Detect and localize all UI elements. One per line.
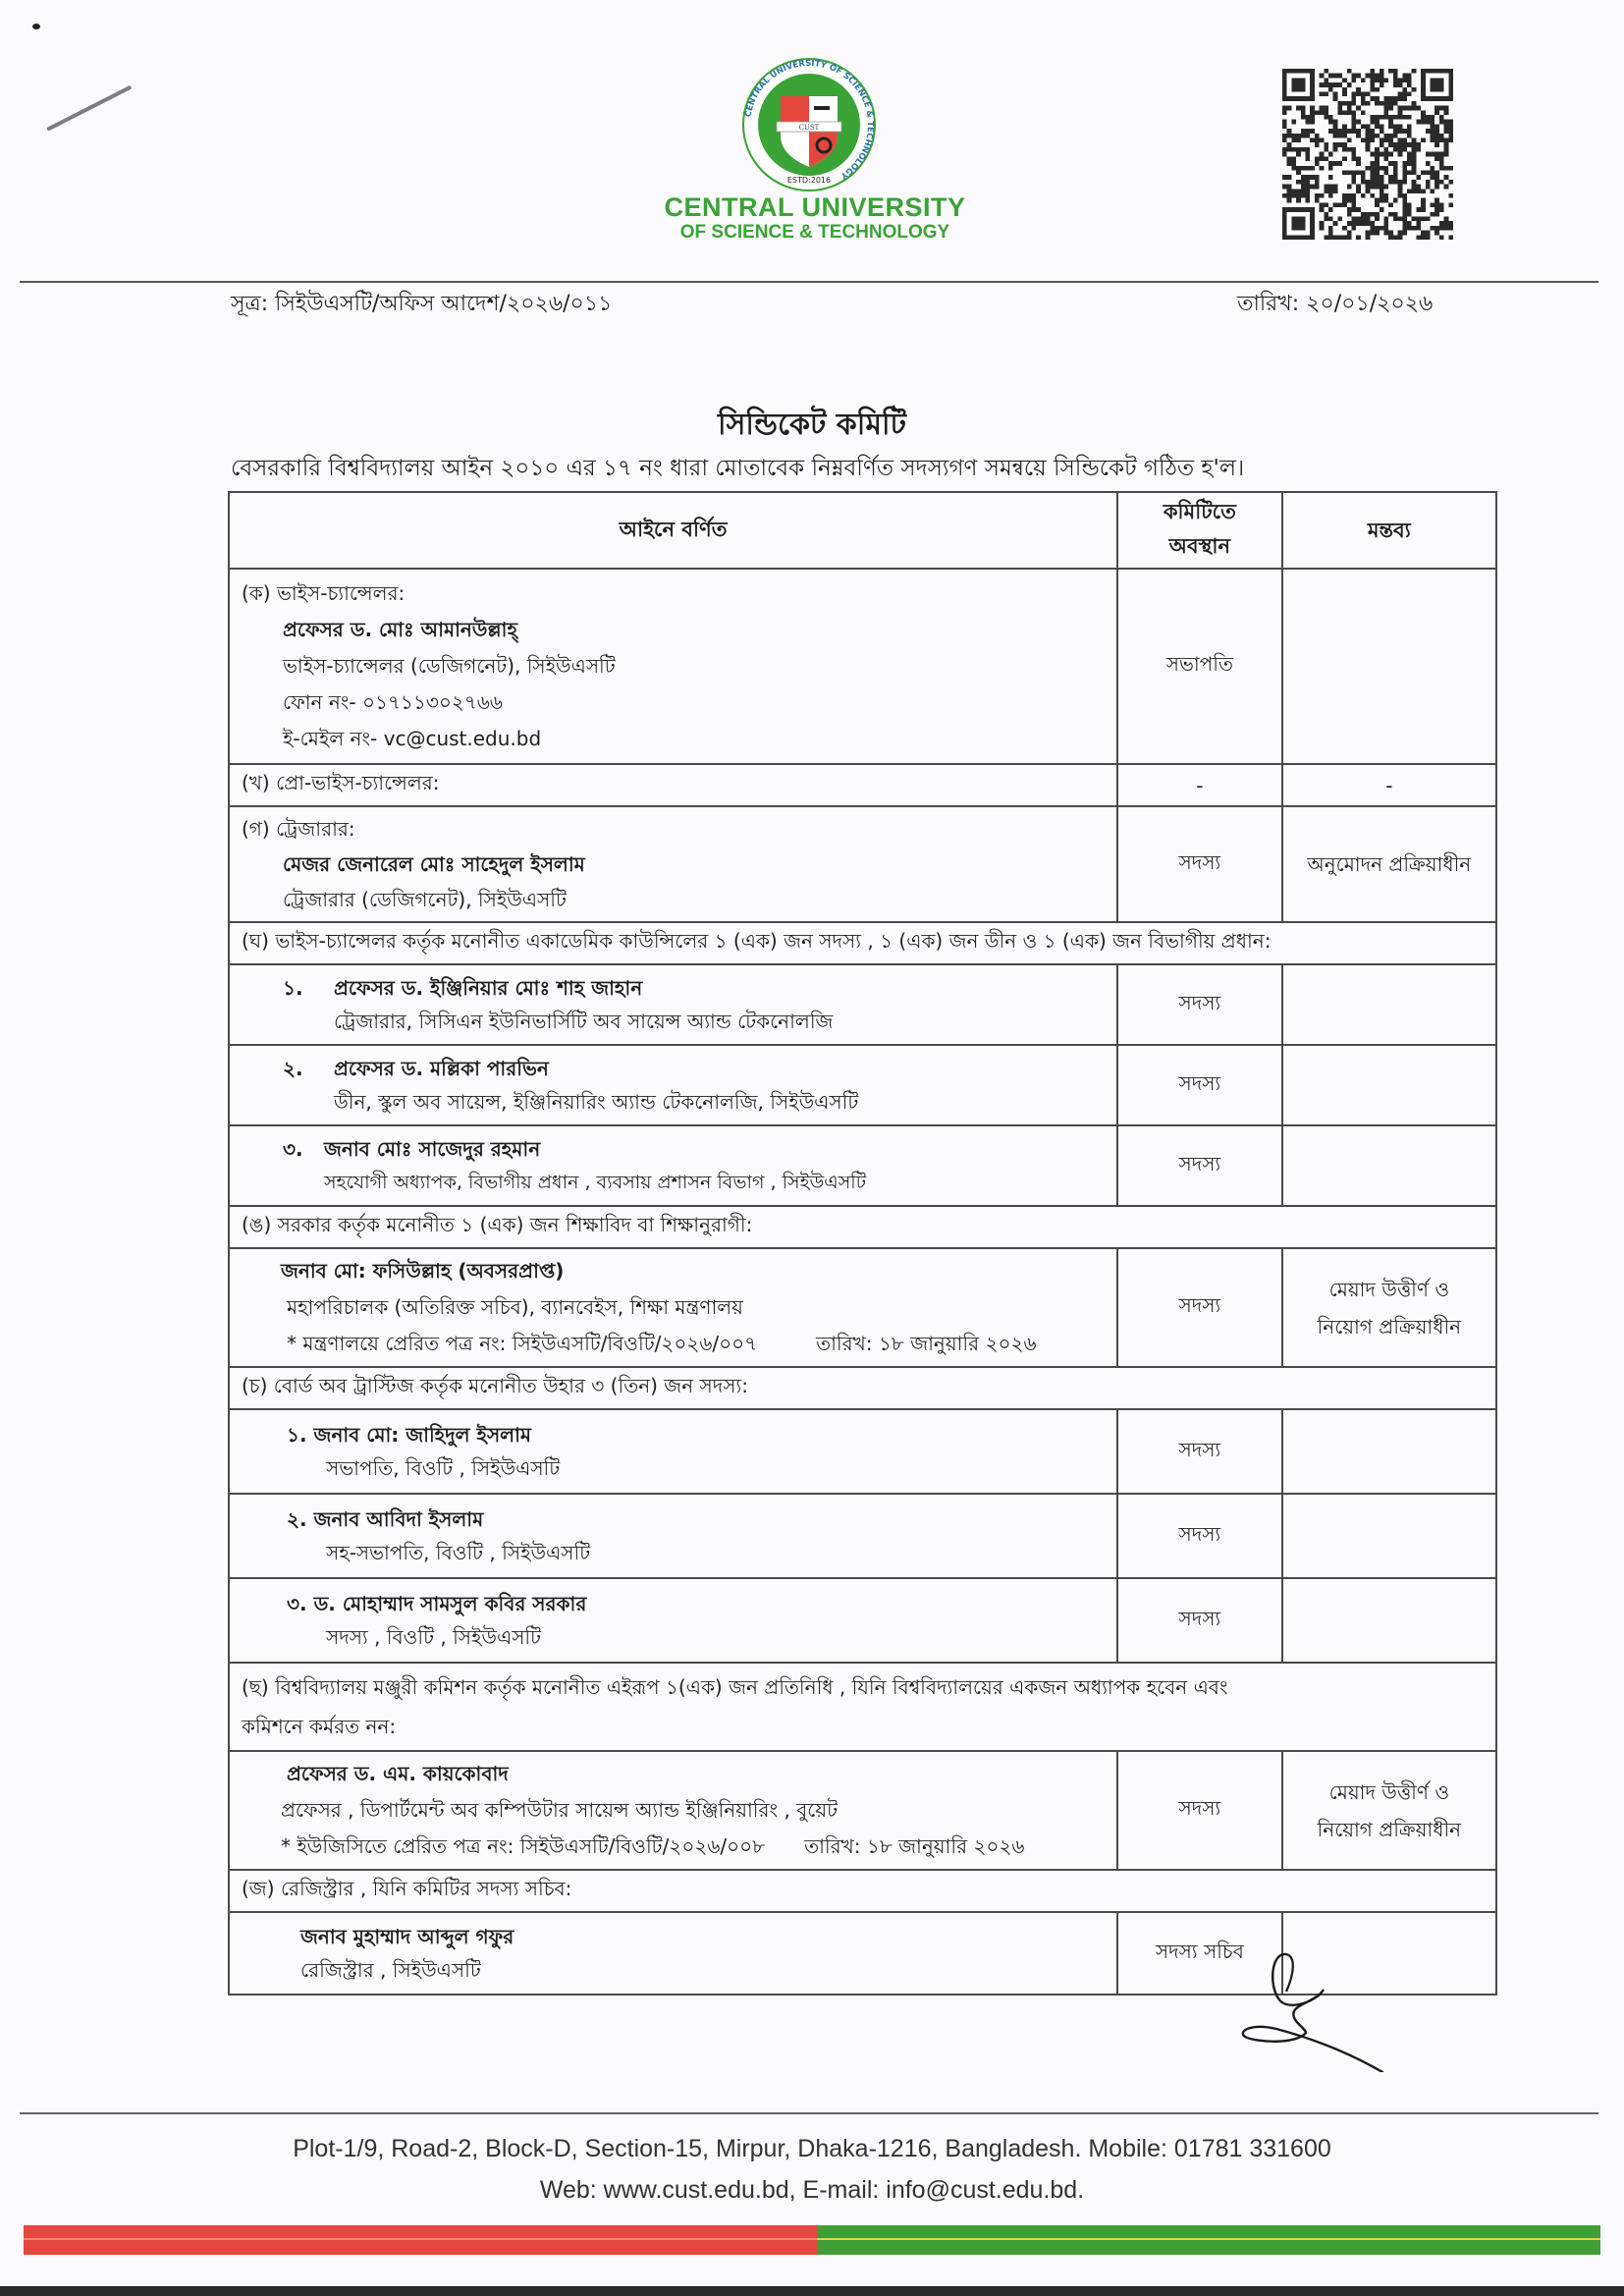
position-cell: সদস্য [1117, 1045, 1282, 1125]
table-row: ৩.জনাব মোঃ সাজেদুর রহমান সহযোগী অধ্যাপক,… [229, 1125, 1496, 1206]
position-cell: সদস্য [1117, 1248, 1282, 1367]
footer-band-green [817, 2225, 1600, 2255]
member-cell: (ক) ভাইস-চ্যান্সেলর: প্রফেসর ড. মোঃ আমান… [229, 569, 1117, 764]
header-divider [20, 281, 1598, 283]
position-cell: সদস্য [1117, 1578, 1282, 1663]
section-header-row: (ঘ) ভাইস-চ্যান্সেলর কর্তৃক মনোনীত একাডেম… [229, 922, 1496, 964]
staple-mark [46, 85, 132, 132]
letter-reference: * ইউজিসিতে প্রেরিত পত্র নং: সিইউএসটি/বিও… [281, 1829, 1105, 1865]
remarks-cell: মেয়াদ উত্তীর্ণ ও নিয়োগ প্রক্রিয়াধীন [1282, 1751, 1496, 1870]
university-name: CENTRAL UNIVERSITY OF SCIENCE & TECHNOLO… [550, 192, 1080, 244]
scan-speck [32, 24, 40, 29]
member-cell: ৩.জনাব মোঃ সাজেদুর রহমান সহযোগী অধ্যাপক,… [229, 1125, 1117, 1206]
footer-band-red [24, 2225, 817, 2255]
section-label: (ঘ) ভাইস-চ্যান্সেলর কর্তৃক মনোনীত একাডেম… [229, 922, 1496, 964]
header-remarks: মন্তব্য [1282, 492, 1496, 569]
table-header-row: আইনে বর্ণিত কমিটিতে অবস্থান মন্তব্য [229, 492, 1496, 569]
member-cell: জনাব মো: ফসিউল্লাহ (অবসরপ্রাপ্ত) মহাপরিচ… [229, 1248, 1117, 1367]
svg-text:CUST: CUST [799, 124, 820, 132]
committee-table: আইনে বর্ণিত কমিটিতে অবস্থান মন্তব্য (ক) … [228, 491, 1497, 1995]
member-name: প্রফেসর ড. ইঞ্জিনিয়ার মোঃ শাহ জাহান [334, 976, 642, 1000]
member-name: জনাব মো: জাহিদুল ইসলাম [314, 1423, 531, 1447]
member-name: জনাব মোঃ সাজেদুর রহমান [324, 1137, 540, 1161]
qr-code [1282, 69, 1453, 240]
position-cell: সদস্য [1117, 964, 1282, 1045]
member-name: জনাব মুহাম্মাদ আব্দুল গফুর [300, 1920, 1105, 1953]
remarks-cell [1282, 964, 1496, 1045]
member-name: মেজর জেনারেল মোঃ সাহেদুল ইসলাম [242, 847, 1105, 882]
member-name: ড. মোহাম্মাদ সামসুল কবির সরকার [314, 1592, 587, 1615]
intro-text: বেসরকারি বিশ্ববিদ্যালয় আইন ২০১০ এর ১৭ ন… [231, 450, 1244, 488]
member-cell: ২.প্রফেসর ড. মল্লিকা পারভিন ডীন, স্কুল অ… [229, 1045, 1117, 1125]
position-cell: সদস্য [1117, 1494, 1282, 1578]
position-cell: সদস্য [1117, 1125, 1282, 1206]
letter-reference: * মন্ত্রণালয়ে প্রেরিত পত্র নং: সিইউএসটি… [281, 1326, 1105, 1362]
section-header-row: (ছ) বিশ্ববিদ্যালয় মঞ্জুরী কমিশন কর্তৃক … [229, 1663, 1496, 1751]
table-row: (খ) প্রো-ভাইস-চ্যান্সেলর: - - [229, 764, 1496, 806]
remarks-cell [1282, 1125, 1496, 1206]
member-cell: জনাব মুহাম্মাদ আব্দুল গফুর রেজিস্ট্রার ,… [229, 1912, 1117, 1995]
table-row: ২.প্রফেসর ড. মল্লিকা পারভিন ডীন, স্কুল অ… [229, 1045, 1496, 1125]
member-cell: (গ) ট্রেজারার: মেজর জেনারেল মোঃ সাহেদুল … [229, 806, 1117, 922]
member-name: জনাব আবিদা ইসলাম [314, 1507, 484, 1531]
member-name: জনাব মো: ফসিউল্লাহ (অবসরপ্রাপ্ত) [281, 1253, 1105, 1289]
university-name-line2: OF SCIENCE & TECHNOLOGY [550, 222, 1080, 244]
table-row: ৩. ড. মোহাম্মাদ সামসুল কবির সরকার সদস্য … [229, 1578, 1496, 1663]
position-cell: সভাপতি [1117, 569, 1282, 764]
section-header-row: (ঙ) সরকার কর্তৃক মনোনীত ১ (এক) জন শিক্ষা… [229, 1206, 1496, 1248]
memo-reference: সূত্র: সিইউএসটি/অফিস আদেশ/২০২৬/০১১ [231, 287, 612, 323]
position-cell: সদস্য [1117, 806, 1282, 922]
remarks-cell [1282, 1409, 1496, 1494]
member-name: প্রফেসর ড. এম. কায়কোবাদ [281, 1756, 1105, 1792]
header-described: আইনে বর্ণিত [229, 492, 1117, 569]
scan-edge [0, 2286, 1624, 2296]
member-name: প্রফেসর ড. মল্লিকা পারভিন [334, 1057, 549, 1080]
header-position: কমিটিতে অবস্থান [1117, 492, 1282, 569]
member-cell: ২. জনাব আবিদা ইসলাম সহ-সভাপতি, বিওটি , স… [229, 1494, 1117, 1578]
remarks-cell [1282, 1494, 1496, 1578]
table-row: ২. জনাব আবিদা ইসলাম সহ-সভাপতি, বিওটি , স… [229, 1494, 1496, 1578]
position-cell: সদস্য [1117, 1751, 1282, 1870]
section-label: (চ) বোর্ড অব ট্রাস্টিজ কর্তৃক মনোনীত উহা… [229, 1367, 1496, 1409]
remarks-cell: - [1282, 764, 1496, 806]
member-cell: ১. জনাব মো: জাহিদুল ইসলাম সভাপতি, বিওটি … [229, 1409, 1117, 1494]
section-label: (খ) প্রো-ভাইস-চ্যান্সেলর: [229, 764, 1117, 806]
memo-date: তারিখ: ২০/০১/২০২৬ [1237, 287, 1433, 323]
footer-divider [20, 2112, 1598, 2114]
section-header-row: (জ) রেজিস্ট্রার , যিনি কমিটির সদস্য সচিব… [229, 1870, 1496, 1912]
section-label: (ঙ) সরকার কর্তৃক মনোনীত ১ (এক) জন শিক্ষা… [229, 1206, 1496, 1248]
remarks-cell [1282, 1045, 1496, 1125]
table-row: জনাব মো: ফসিউল্লাহ (অবসরপ্রাপ্ত) মহাপরিচ… [229, 1248, 1496, 1367]
table-row: ১.প্রফেসর ড. ইঞ্জিনিয়ার মোঃ শাহ জাহান ট… [229, 964, 1496, 1045]
member-cell: ৩. ড. মোহাম্মাদ সামসুল কবির সরকার সদস্য … [229, 1578, 1117, 1663]
section-label: (জ) রেজিস্ট্রার , যিনি কমিটির সদস্য সচিব… [229, 1870, 1496, 1912]
member-cell: ১.প্রফেসর ড. ইঞ্জিনিয়ার মোঃ শাহ জাহান ট… [229, 964, 1117, 1045]
table-row: (গ) ট্রেজারার: মেজর জেনারেল মোঃ সাহেদুল … [229, 806, 1496, 922]
table-row: প্রফেসর ড. এম. কায়কোবাদ প্রফেসর , ডিপার… [229, 1751, 1496, 1870]
signature [1218, 1935, 1394, 2072]
member-cell: প্রফেসর ড. এম. কায়কোবাদ প্রফেসর , ডিপার… [229, 1751, 1117, 1870]
university-name-line1: CENTRAL UNIVERSITY [550, 192, 1080, 222]
table-row: (ক) ভাইস-চ্যান্সেলর: প্রফেসর ড. মোঃ আমান… [229, 569, 1496, 764]
position-cell: সদস্য [1117, 1409, 1282, 1494]
section-label: (ছ) বিশ্ববিদ্যালয় মঞ্জুরী কমিশন কর্তৃক … [229, 1663, 1496, 1751]
table-row: ১. জনাব মো: জাহিদুল ইসলাম সভাপতি, বিওটি … [229, 1409, 1496, 1494]
member-name: প্রফেসর ড. মোঃ আমানউল্লাহ্ [242, 612, 1105, 648]
section-header-row: (চ) বোর্ড অব ট্রাস্টিজ কর্তৃক মনোনীত উহা… [229, 1367, 1496, 1409]
footer-address: Plot-1/9, Road-2, Block-D, Section-15, M… [0, 2135, 1624, 2163]
remarks-cell: মেয়াদ উত্তীর্ণ ও নিয়োগ প্রক্রিয়াধীন [1282, 1248, 1496, 1367]
remarks-cell [1282, 569, 1496, 764]
svg-text:ESTD:2016: ESTD:2016 [787, 176, 831, 185]
remarks-cell [1282, 1578, 1496, 1663]
footer-web-email: Web: www.cust.edu.bd, E-mail: info@cust.… [0, 2176, 1624, 2205]
page-title: সিন্ডিকেট কমিটি [0, 401, 1624, 451]
position-cell: - [1117, 764, 1282, 806]
remarks-cell: অনুমোদন প্রক্রিয়াধীন [1282, 806, 1496, 922]
university-logo: CENTRAL UNIVERSITY OF SCIENCE & TECHNOLO… [741, 57, 877, 192]
